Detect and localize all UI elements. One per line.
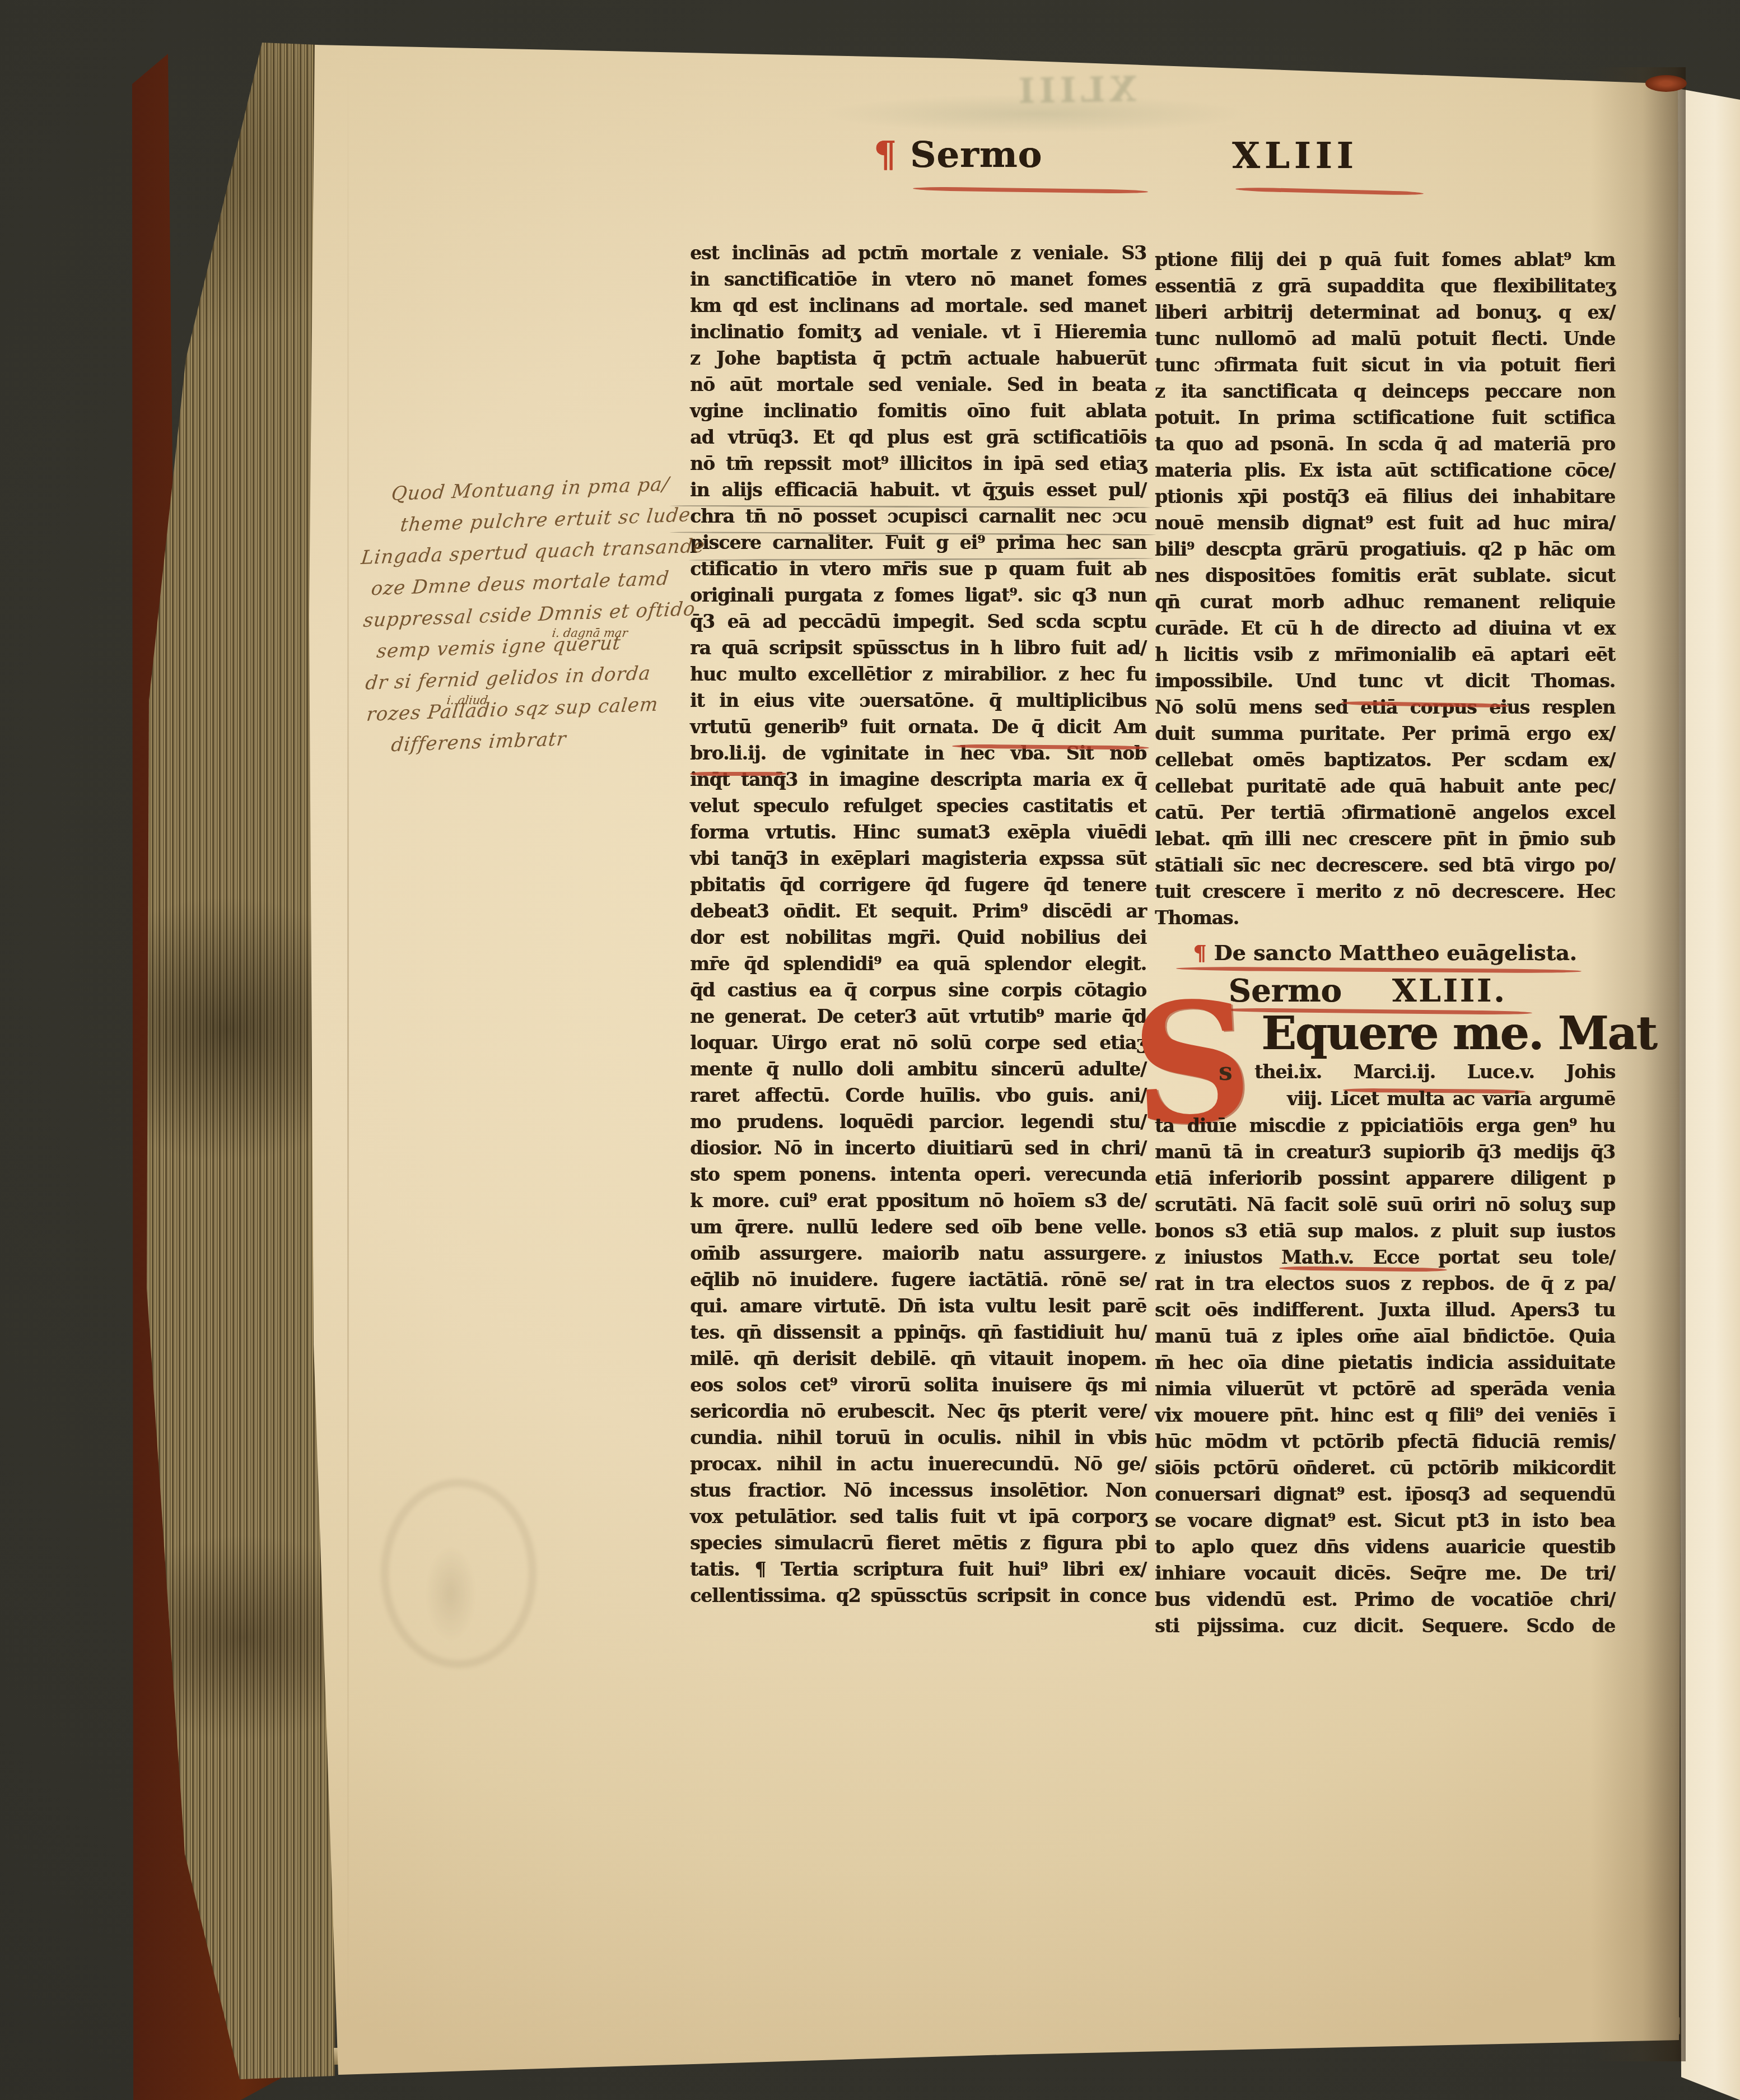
text-line: potuit. In prima sctificatione fuit scti… — [1155, 404, 1615, 431]
text-line: scit oēs indifferent. Juxta illud. Apers… — [1155, 1297, 1615, 1323]
text-line: curāde. Et cū h de directo ad diuina vt … — [1155, 615, 1615, 641]
text-line: velut speculo refulget species castitati… — [690, 793, 1146, 819]
text-line: ta diuīe miscdie z ppiciatiōis erga gen⁹… — [1155, 1112, 1615, 1139]
page-crease — [347, 67, 349, 2028]
text-line: tuit crescere ī merito z nō decrescere. … — [1155, 878, 1615, 905]
text-line: est inclinās ad pctm̄ mortale z veniale.… — [690, 240, 1146, 266]
guide-letter: s — [1219, 1060, 1233, 1084]
text-line: inq̄t tanq̄3 in imagine descripta maria … — [690, 766, 1146, 793]
text-line: k more. cui⁹ erat ppositum nō hoīem s3 d… — [690, 1188, 1146, 1214]
stain-blob — [426, 1546, 476, 1641]
text-line: sto spem ponens. intenta operi. verecund… — [690, 1161, 1146, 1188]
text-line: tunc ɔfirmata fuit sicut in via potuit f… — [1155, 352, 1615, 378]
text-line: Thomas. — [1155, 905, 1615, 931]
rubric-pilcrow: ¶ — [1193, 940, 1206, 965]
marginalia-interlinear: i. aliud — [446, 693, 488, 707]
text-line: forma vrtutis. Hinc sumat3 exēpla viuēdi — [690, 819, 1146, 845]
text-line: mr̄e q̄d splendidi⁹ ea quā splendor eleg… — [690, 951, 1146, 977]
text-line: ta quo ad psonā. In scda q̄ ad materiā p… — [1155, 431, 1615, 457]
text-line: in sanctificatiōe in vtero nō manet fome… — [690, 266, 1146, 292]
text-line: thei.ix. Marci.ij. Luce.v. Johis — [1254, 1059, 1615, 1085]
text-line: mente q̄ nullo doli ambitu sincerū adult… — [690, 1056, 1146, 1082]
text-line: bili⁹ descpta grārū progatiuis. q2 p hāc… — [1155, 536, 1615, 562]
text-line: manū tā in creatur3 supiorib q̄3 medijs … — [1155, 1139, 1615, 1165]
text-line: cundia. nihil toruū in oculis. nihil in … — [690, 1424, 1146, 1451]
text-line: eq̄lib nō inuidere. fugere iactātiā. rōn… — [690, 1266, 1146, 1293]
right-text-column-2: ta diuīe miscdie z ppiciatiōis erga gen⁹… — [1155, 1112, 1615, 1639]
text-line: tes. qn̄ dissensit a ppinq̄s. qn̄ fastid… — [690, 1319, 1146, 1345]
text-line: huc multo excellētior z mirabilior. z he… — [690, 661, 1146, 687]
text-line: ra quā scripsit spūssctus in h libro fui… — [690, 635, 1146, 661]
text-line: inclinatio fomitʒ ad veniale. vt ī Hiere… — [690, 319, 1146, 345]
text-line: nouē mensib dignat⁹ est fuit ad huc mira… — [1155, 510, 1615, 536]
text-line: manū tuā z iples om̄e aīal bn̄dictōe. Qu… — [1155, 1323, 1615, 1349]
text-line: it in eius vite ɔuersatōne. q̄ multiplic… — [690, 687, 1146, 714]
text-line: h licitis vsib z mr̄imonialib eā aptari … — [1155, 641, 1615, 668]
running-header-left: ¶ Sermo — [874, 133, 1187, 177]
red-underline — [690, 772, 786, 776]
text-line: se vocare dignat⁹ est. Sicut pt3 in isto… — [1155, 1507, 1615, 1534]
text-line: debeat3 on̄dit. Et sequit. Prim⁹ discēdi… — [690, 898, 1146, 924]
text-line: ne generat. De ceter3 aūt vrtutib⁹ marie… — [690, 1003, 1146, 1030]
text-line: etiā inferiorib possint apparere diligen… — [1155, 1165, 1615, 1191]
headband — [1645, 75, 1687, 92]
marginalia-note: Quod Montuang in pma pa/theme pulchre er… — [358, 468, 693, 762]
book-photo: XLIII ¶ Sermo XLIII est inclinās ad pctm… — [0, 0, 1740, 2100]
left-text-column: est inclinās ad pctm̄ mortale z veniale.… — [690, 240, 1146, 1609]
text-line: nō aūt mortale sed veniale. Sed in beata — [690, 371, 1146, 398]
text-line: pbitatis q̄d corrigere q̄d fugere q̄d te… — [690, 872, 1146, 898]
text-line: bus videndū est. Primo de vocatiōe chri/ — [1155, 1586, 1615, 1613]
header-title: Sermo — [910, 134, 1042, 176]
text-line: z iniustos Math.v. Ecce portat seu tole/ — [1155, 1244, 1615, 1270]
text-line: to aplo quez dn̄s videns auaricie questi… — [1155, 1534, 1615, 1560]
rubric-line: ¶ De sancto Mattheo euāgelista. — [1155, 939, 1615, 967]
text-line: mo prudens. loquēdi parcior. legendi stu… — [690, 1109, 1146, 1135]
text-line: hūc mōdm vt pctōrib pfectā fiduciā remis… — [1155, 1428, 1615, 1455]
text-line: loquar. Uirgo erat nō solū corpe sed eti… — [690, 1030, 1146, 1056]
sermo-number: XLIII. — [1392, 972, 1507, 1009]
text-line: dor est nobilitas mgr̄i. Quid nobilius d… — [690, 924, 1146, 951]
text-line: cellentissima. q2 spūssctūs scripsit in … — [690, 1582, 1146, 1609]
text-line: tunc nullomō ad malū potuit flecti. Unde — [1155, 325, 1615, 352]
text-line: z ita sanctificata q deinceps peccare no… — [1155, 378, 1615, 404]
text-line: bro.li.ij. de vginitate in hec vba. Sit … — [690, 740, 1146, 766]
text-line: qn̄ curat morb adhuc remanent reliquie — [1155, 589, 1615, 615]
text-line: um q̄rere. nullū ledere sed oīb bene vel… — [690, 1214, 1146, 1240]
text-line: raret affectū. Corde huīlis. vbo guis. a… — [690, 1082, 1146, 1109]
text-line: milē. qn̄ derisit debilē. qn̄ vitauit in… — [690, 1345, 1146, 1372]
text-line: vox petulātior. sed talis fuit vt ipā co… — [690, 1503, 1146, 1530]
text-line: siōis pctōrū on̄deret. cū pctōrib mikico… — [1155, 1455, 1615, 1481]
text-line: ptionis xp̄i postq̄3 eā filius dei inhab… — [1155, 483, 1615, 510]
rubric-text: De sancto Mattheo euāgelista. — [1214, 940, 1577, 965]
text-line: z Johe baptista q̄ pctm̄ actuale habuerū… — [690, 345, 1146, 371]
text-line: cellebat puritatē ade quā habuit ante pe… — [1155, 773, 1615, 799]
text-line: Nō solū mens sed etiā corpus eius resple… — [1155, 694, 1615, 720]
text-line: q̄d castius ea q̄ corpus sine corpis cōt… — [690, 977, 1146, 1003]
marginalia-interlinear: i. dagnā mar — [551, 626, 628, 640]
text-line: lebat. qm̄ illi nec crescere pn̄t in p̄m… — [1155, 826, 1615, 852]
text-line: tatis. ¶ Tertia scriptura fuit hui⁹ libr… — [690, 1556, 1146, 1582]
right-text-column: ptione filij dei p quā fuit fomes ablat⁹… — [1155, 246, 1615, 931]
text-line: ad vtrūq3. Et qd plus est grā sctificati… — [690, 424, 1146, 450]
text-line: catū. Per tertiā ɔfirmationē angelos exc… — [1155, 799, 1615, 826]
text-line: vix mouere pn̄t. hinc est q fili⁹ dei ve… — [1155, 1402, 1615, 1428]
header-pilcrow: ¶ — [874, 134, 897, 176]
text-line: diosior. Nō in incerto diuitiarū sed in … — [690, 1135, 1146, 1161]
text-line: stātiali sīc nec decrescere. sed btā vir… — [1155, 852, 1615, 878]
text-line: impossibile. Und tunc vt dicit Thomas. — [1155, 668, 1615, 694]
text-line: conuersari dignat⁹ est. ip̄osq3 ad seque… — [1155, 1481, 1615, 1507]
text-line: rat in tra electos suos z repbos. de q̄ … — [1155, 1270, 1615, 1297]
incipit-indent-line-2: viij. Licet multa ac varia argumē — [1287, 1086, 1615, 1112]
facing-page-sliver — [1678, 83, 1740, 2100]
text-line: viij. Licet multa ac varia argumē — [1287, 1086, 1615, 1112]
text-line: materia plis. Ex ista aūt sctificatione … — [1155, 457, 1615, 483]
text-line: eos solos cet⁹ virorū solita inuisere q̄… — [690, 1372, 1146, 1398]
text-line: cellebat omēs baptizatos. Per scdam ex/ — [1155, 747, 1615, 773]
text-line: vbi tanq̄3 in exēplari magisteria expssa… — [690, 845, 1146, 872]
header-smudge — [823, 94, 1249, 133]
text-line: essentiā z grā supaddita que flexibilita… — [1155, 273, 1615, 299]
text-line: sti pijssima. cuz dicit. Sequere. Scdo d… — [1155, 1613, 1615, 1639]
text-line: bonos s3 etiā sup malos. z pluit sup ius… — [1155, 1218, 1615, 1244]
text-line: km qd est inclinans ad mortale. sed mane… — [690, 292, 1146, 319]
text-line: vrtutū generib⁹ fuit ornata. De q̄ dicit… — [690, 714, 1146, 740]
text-line: sericordia nō erubescit. Nec q̄s pterit … — [690, 1398, 1146, 1424]
text-line: nes dispositōes fomitis erāt sublate. si… — [1155, 562, 1615, 589]
text-line: scrutāti. Nā facit solē suū oriri nō sol… — [1155, 1191, 1615, 1218]
text-line: inhiare vocauit dicēs. Seq̄re me. De tri… — [1155, 1560, 1615, 1586]
text-line: nō tm̄ repssit mot⁹ illicitos in ipā sed… — [690, 450, 1146, 477]
text-line: om̄ib assurgere. maiorib natu assurgere. — [690, 1240, 1146, 1266]
text-line: originali purgata z fomes ligat⁹. sic q3… — [690, 582, 1146, 608]
text-line: in alijs efficaciā habuit. vt q̄ʒuis ess… — [690, 477, 1146, 503]
text-line: liberi arbitrij determinat ad bonuʒ. q e… — [1155, 299, 1615, 325]
text-line: qui. amare virtutē. Dn̄ ista vultu lesit… — [690, 1293, 1146, 1319]
text-line: duit summa puritate. Per primā ergo ex/ — [1155, 720, 1615, 747]
text-line: m̄ hec oīa dine pietatis indicia assidui… — [1155, 1349, 1615, 1376]
text-line: species simulacrū fieret mētis z figura … — [690, 1530, 1146, 1556]
text-line: procax. nihil in actu inuerecundū. Nō ge… — [690, 1451, 1146, 1477]
text-line: stus fractior. Nō incessus insolētior. N… — [690, 1477, 1146, 1503]
text-line: vgine inclinatio fomitis oīno fuit ablat… — [690, 398, 1146, 424]
text-line: nimia viluerūt vt pctōrē ad sperāda veni… — [1155, 1376, 1615, 1402]
running-header-number: XLIII — [1232, 134, 1358, 178]
text-line: ptione filij dei p quā fuit fomes ablat⁹… — [1155, 246, 1615, 273]
incipit-indent-line-1: thei.ix. Marci.ij. Luce.v. Johis — [1254, 1059, 1615, 1085]
text-line: q̄3 eā ad peccādū impegit. Sed scda scpt… — [690, 608, 1146, 635]
incipit-large-text: Equere me. Mat — [1261, 1007, 1617, 1060]
